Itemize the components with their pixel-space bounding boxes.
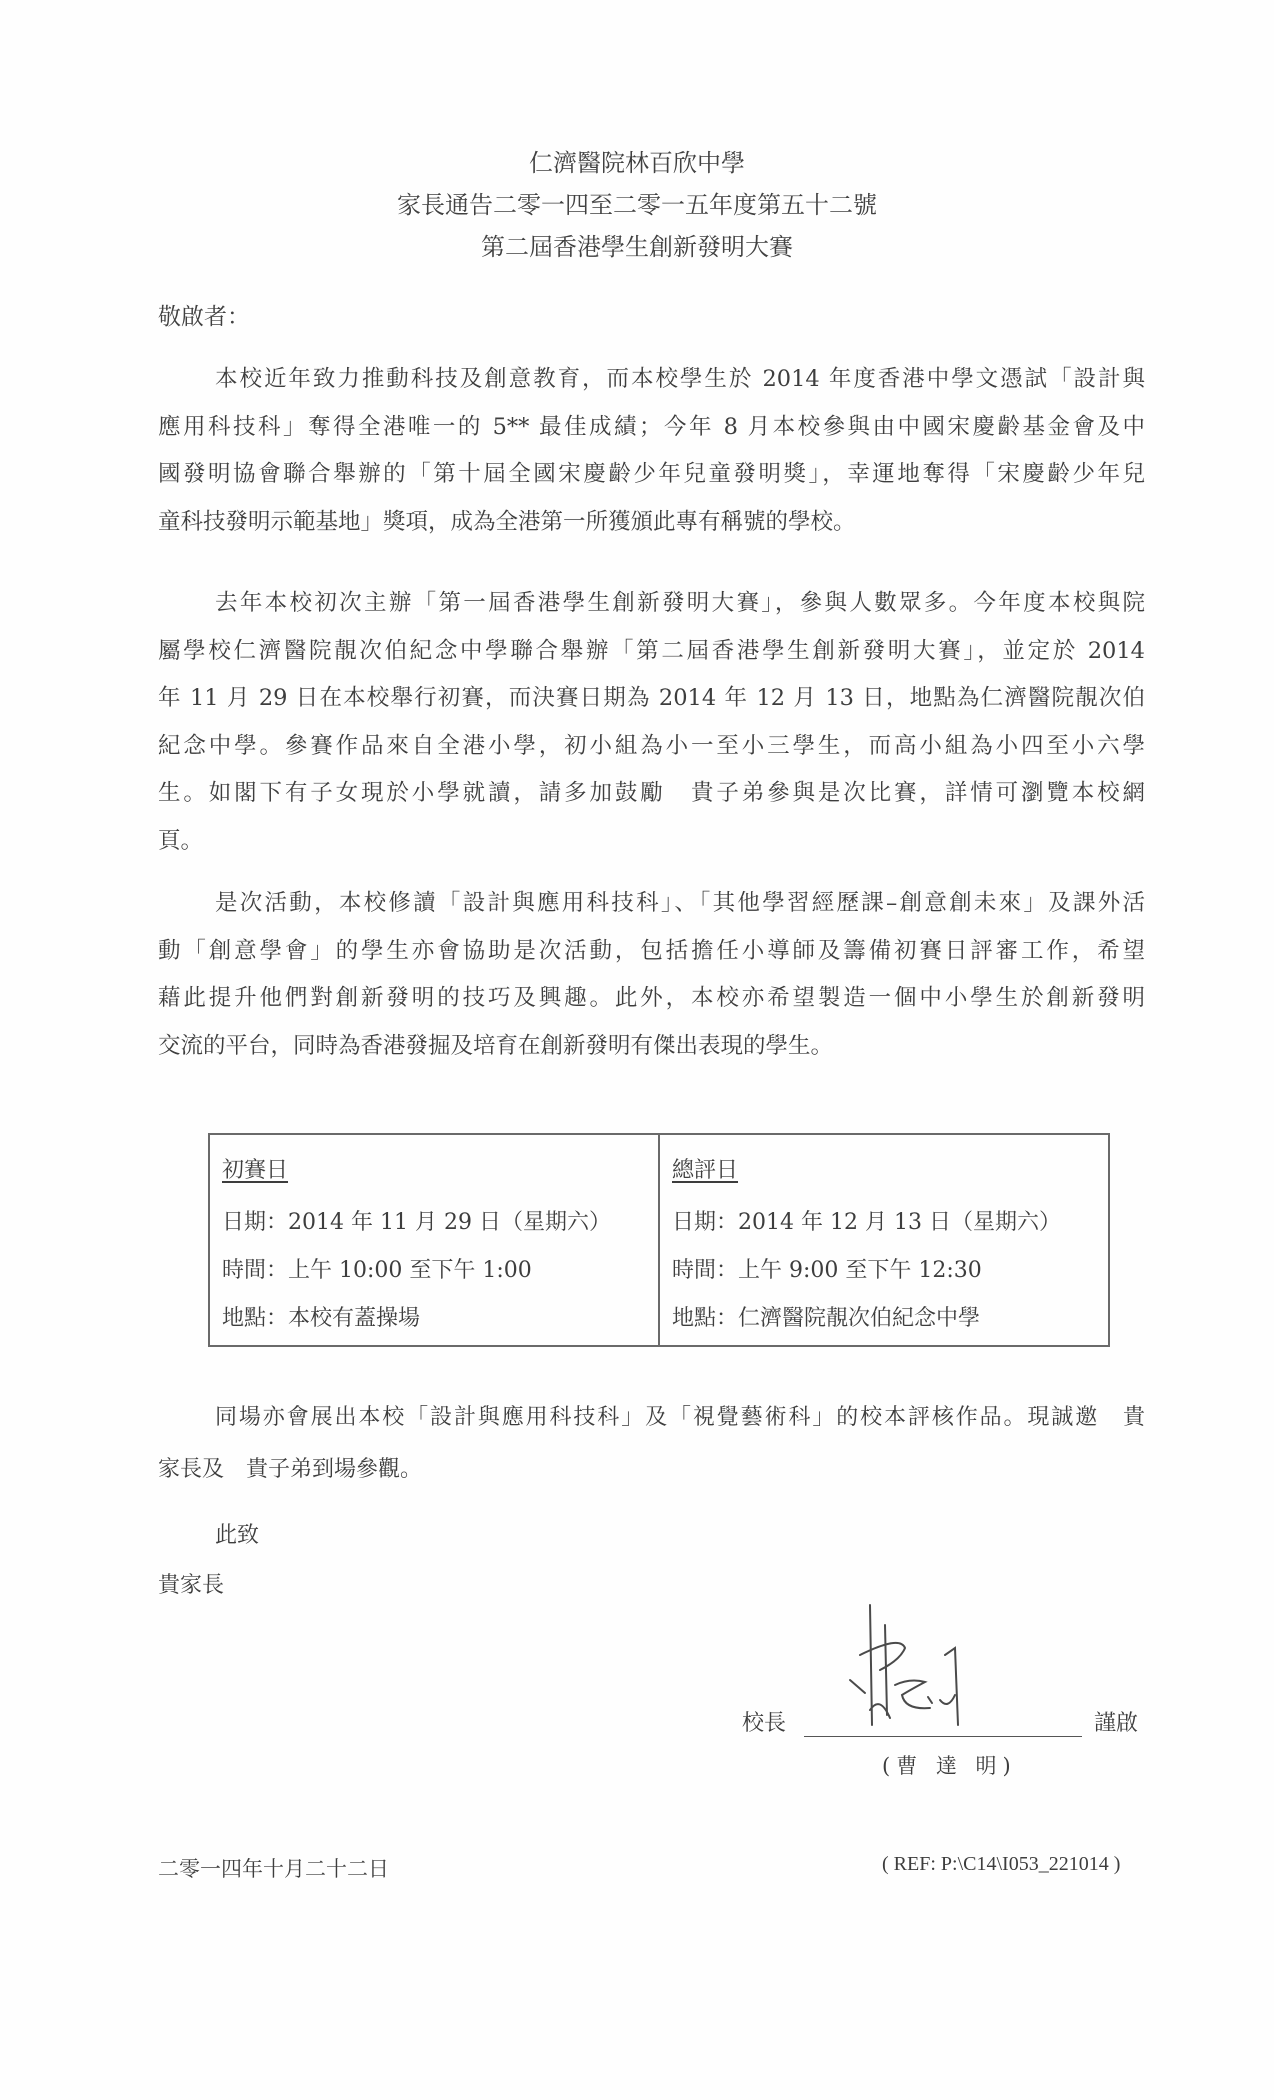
schedule-venue: 地點：仁濟醫院靚次伯紀念中學 [672, 1295, 1098, 1343]
schedule-time: 時間：上午 10:00 至下午 1:00 [222, 1247, 648, 1295]
schedule-table: 初賽日 日期：2014 年 11 月 29 日（星期六） 時間：上午 10:00… [208, 1133, 1110, 1347]
schedule-final: 總評日 日期：2014 年 12 月 13 日（星期六） 時間：上午 9:00 … [658, 1135, 1108, 1345]
schedule-time: 時間：上午 9:00 至下午 12:30 [672, 1247, 1098, 1295]
paragraph-line: 動「創意學會」的學生亦會協助是次活動，包括擔任小導師及籌備初賽日評審工作，希望 [158, 928, 1145, 976]
paragraph-line: 去年本校初次主辦「第一屆香港學生創新發明大賽」，參與人數眾多。今年度本校與院 [158, 580, 1145, 628]
schedule-preliminary: 初賽日 日期：2014 年 11 月 29 日（星期六） 時間：上午 10:00… [210, 1135, 658, 1345]
paragraph-line: 童科技發明示範基地」獎項，成為全港第一所獲頒此專有稱號的學校。 [158, 499, 1145, 547]
letter-header: 仁濟醫院林百欣中學 家長通告二零一四至二零一五年度第五十二號 第二屆香港學生創新… [0, 142, 1274, 268]
school-name: 仁濟醫院林百欣中學 [0, 142, 1274, 184]
paragraph-line: 家長及 貴子弟到場參觀。 [158, 1444, 1145, 1496]
paragraph-line: 是次活動，本校修讀「設計與應用科技科」、「其他學習經歷課–創意創未來」及課外活 [158, 880, 1145, 928]
paragraph-line: 本校近年致力推動科技及創意教育，而本校學生於 2014 年度香港中學文憑試「設計… [158, 356, 1145, 404]
paragraph-line: 國發明協會聯合舉辦的「第十屆全國宋慶齡少年兒童發明獎」，幸運地奪得「宋慶齡少年兒 [158, 451, 1145, 499]
paragraph-line: 頁。 [158, 818, 1145, 866]
signature-block: 校長 謹啟 [742, 1706, 1152, 1742]
closing-recipient: 貴家長 [158, 1568, 224, 1599]
paragraph-line: 紀念中學。參賽作品來自全港小學，初小組為小一至小三學生，而高小組為小四至小六學 [158, 723, 1145, 771]
paragraph-line: 年 11 月 29 日在本校舉行初賽，而決賽日期為 2014 年 12 月 13… [158, 675, 1145, 723]
paragraph-line: 同場亦會展出本校「設計與應用科技科」及「視覺藝術科」的校本評核作品。現誠邀 貴 [158, 1392, 1145, 1444]
signer-title: 校長 [742, 1706, 786, 1737]
schedule-title: 初賽日 [222, 1153, 288, 1189]
letter-date: 二零一四年十月二十二日 [158, 1853, 389, 1883]
paragraph-line: 應用科技科」奪得全港唯一的 5** 最佳成績；今年 8 月本校參與由中國宋慶齡基… [158, 404, 1145, 452]
paragraph-line: 藉此提升他們對創新發明的技巧及興趣。此外，本校亦希望製造一個中小學生於創新發明 [158, 975, 1145, 1023]
paragraph-line: 屬學校仁濟醫院靚次伯紀念中學聯合舉辦「第二屆香港學生創新發明大賽」，並定於 20… [158, 628, 1145, 676]
schedule-date: 日期：2014 年 11 月 29 日（星期六） [222, 1199, 648, 1247]
schedule-date: 日期：2014 年 12 月 13 日（星期六） [672, 1199, 1098, 1247]
signer-name: (曹 達 明) [882, 1750, 1017, 1780]
notice-number: 家長通告二零一四至二零一五年度第五十二號 [0, 184, 1274, 226]
document-page: 仁濟醫院林百欣中學 家長通告二零一四至二零一五年度第五十二號 第二屆香港學生創新… [0, 0, 1274, 2100]
signature-line [804, 1736, 1082, 1737]
salutation: 敬啟者： [158, 298, 250, 331]
event-title: 第二屆香港學生創新發明大賽 [0, 226, 1274, 268]
paragraph-student-involvement: 是次活動，本校修讀「設計與應用科技科」、「其他學習經歷課–創意創未來」及課外活 … [158, 880, 1145, 1070]
signature-closing: 謹啟 [1094, 1706, 1138, 1737]
schedule-venue: 地點：本校有蓋操場 [222, 1295, 648, 1343]
paragraph-line: 交流的平台，同時為香港發掘及培育在創新發明有傑出表現的學生。 [158, 1023, 1145, 1071]
reference-number: ( REF: P:\C14\I053_221014 ) [882, 1853, 1120, 1876]
schedule-title: 總評日 [672, 1153, 738, 1189]
paragraph-competition-info: 去年本校初次主辦「第一屆香港學生創新發明大賽」，參與人數眾多。今年度本校與院 屬… [158, 580, 1145, 865]
paragraph-achievements: 本校近年致力推動科技及創意教育，而本校學生於 2014 年度香港中學文憑試「設計… [158, 356, 1145, 546]
closing-phrase: 此致 [215, 1518, 259, 1549]
paragraph-exhibition-invite: 同場亦會展出本校「設計與應用科技科」及「視覺藝術科」的校本評核作品。現誠邀 貴 … [158, 1392, 1145, 1496]
paragraph-line: 生。如閣下有子女現於小學就讀，請多加鼓勵 貴子弟參與是次比賽，詳情可瀏覽本校網 [158, 770, 1145, 818]
